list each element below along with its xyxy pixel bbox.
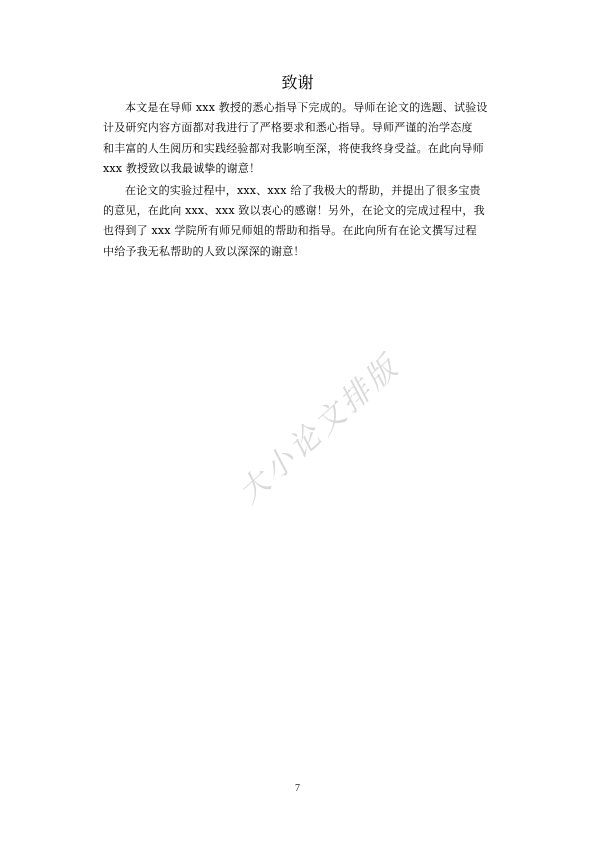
document-body: 本文是在导师 xxx 教授的悉心指导下完成的。导师在论文的选题、试验设 计及研究… [103,98,503,263]
text-line: 计及研究内容方面都对我进行了严格要求和悉心指导。导师严谨的治学态度 [103,118,503,138]
document-page: 致谢 本文是在导师 xxx 教授的悉心指导下完成的。导师在论文的选题、试验设 计… [0,0,595,842]
text-line: 的意见，在此向 xxx、xxx 致以衷心的感谢！另外，在论文的完成过程中，我 [103,201,503,221]
paragraph-2: 在论文的实验过程中，xxx、xxx 给了我极大的帮助，并提出了很多宝贵 的意见，… [103,181,503,263]
text-line: 和丰富的人生阅历和实践经验都对我影响至深，将使我终身受益。在此向导师 [103,139,503,159]
page-title: 致谢 [0,72,595,94]
text-line: 也得到了 xxx 学院所有师兄师姐的帮助和指导。在此向所有在论文撰写过程 [103,221,503,241]
text-line: 本文是在导师 xxx 教授的悉心指导下完成的。导师在论文的选题、试验设 [103,98,503,118]
text-line: xxx 教授致以我最诚挚的谢意！ [103,159,503,179]
paragraph-1: 本文是在导师 xxx 教授的悉心指导下完成的。导师在论文的选题、试验设 计及研究… [103,98,503,180]
text-line: 中给予我无私帮助的人致以深深的谢意！ [103,242,503,262]
text-line: 在论文的实验过程中，xxx、xxx 给了我极大的帮助，并提出了很多宝贵 [103,181,503,201]
watermark: 大小论文排版 [226,342,407,511]
page-number: 7 [0,783,595,794]
